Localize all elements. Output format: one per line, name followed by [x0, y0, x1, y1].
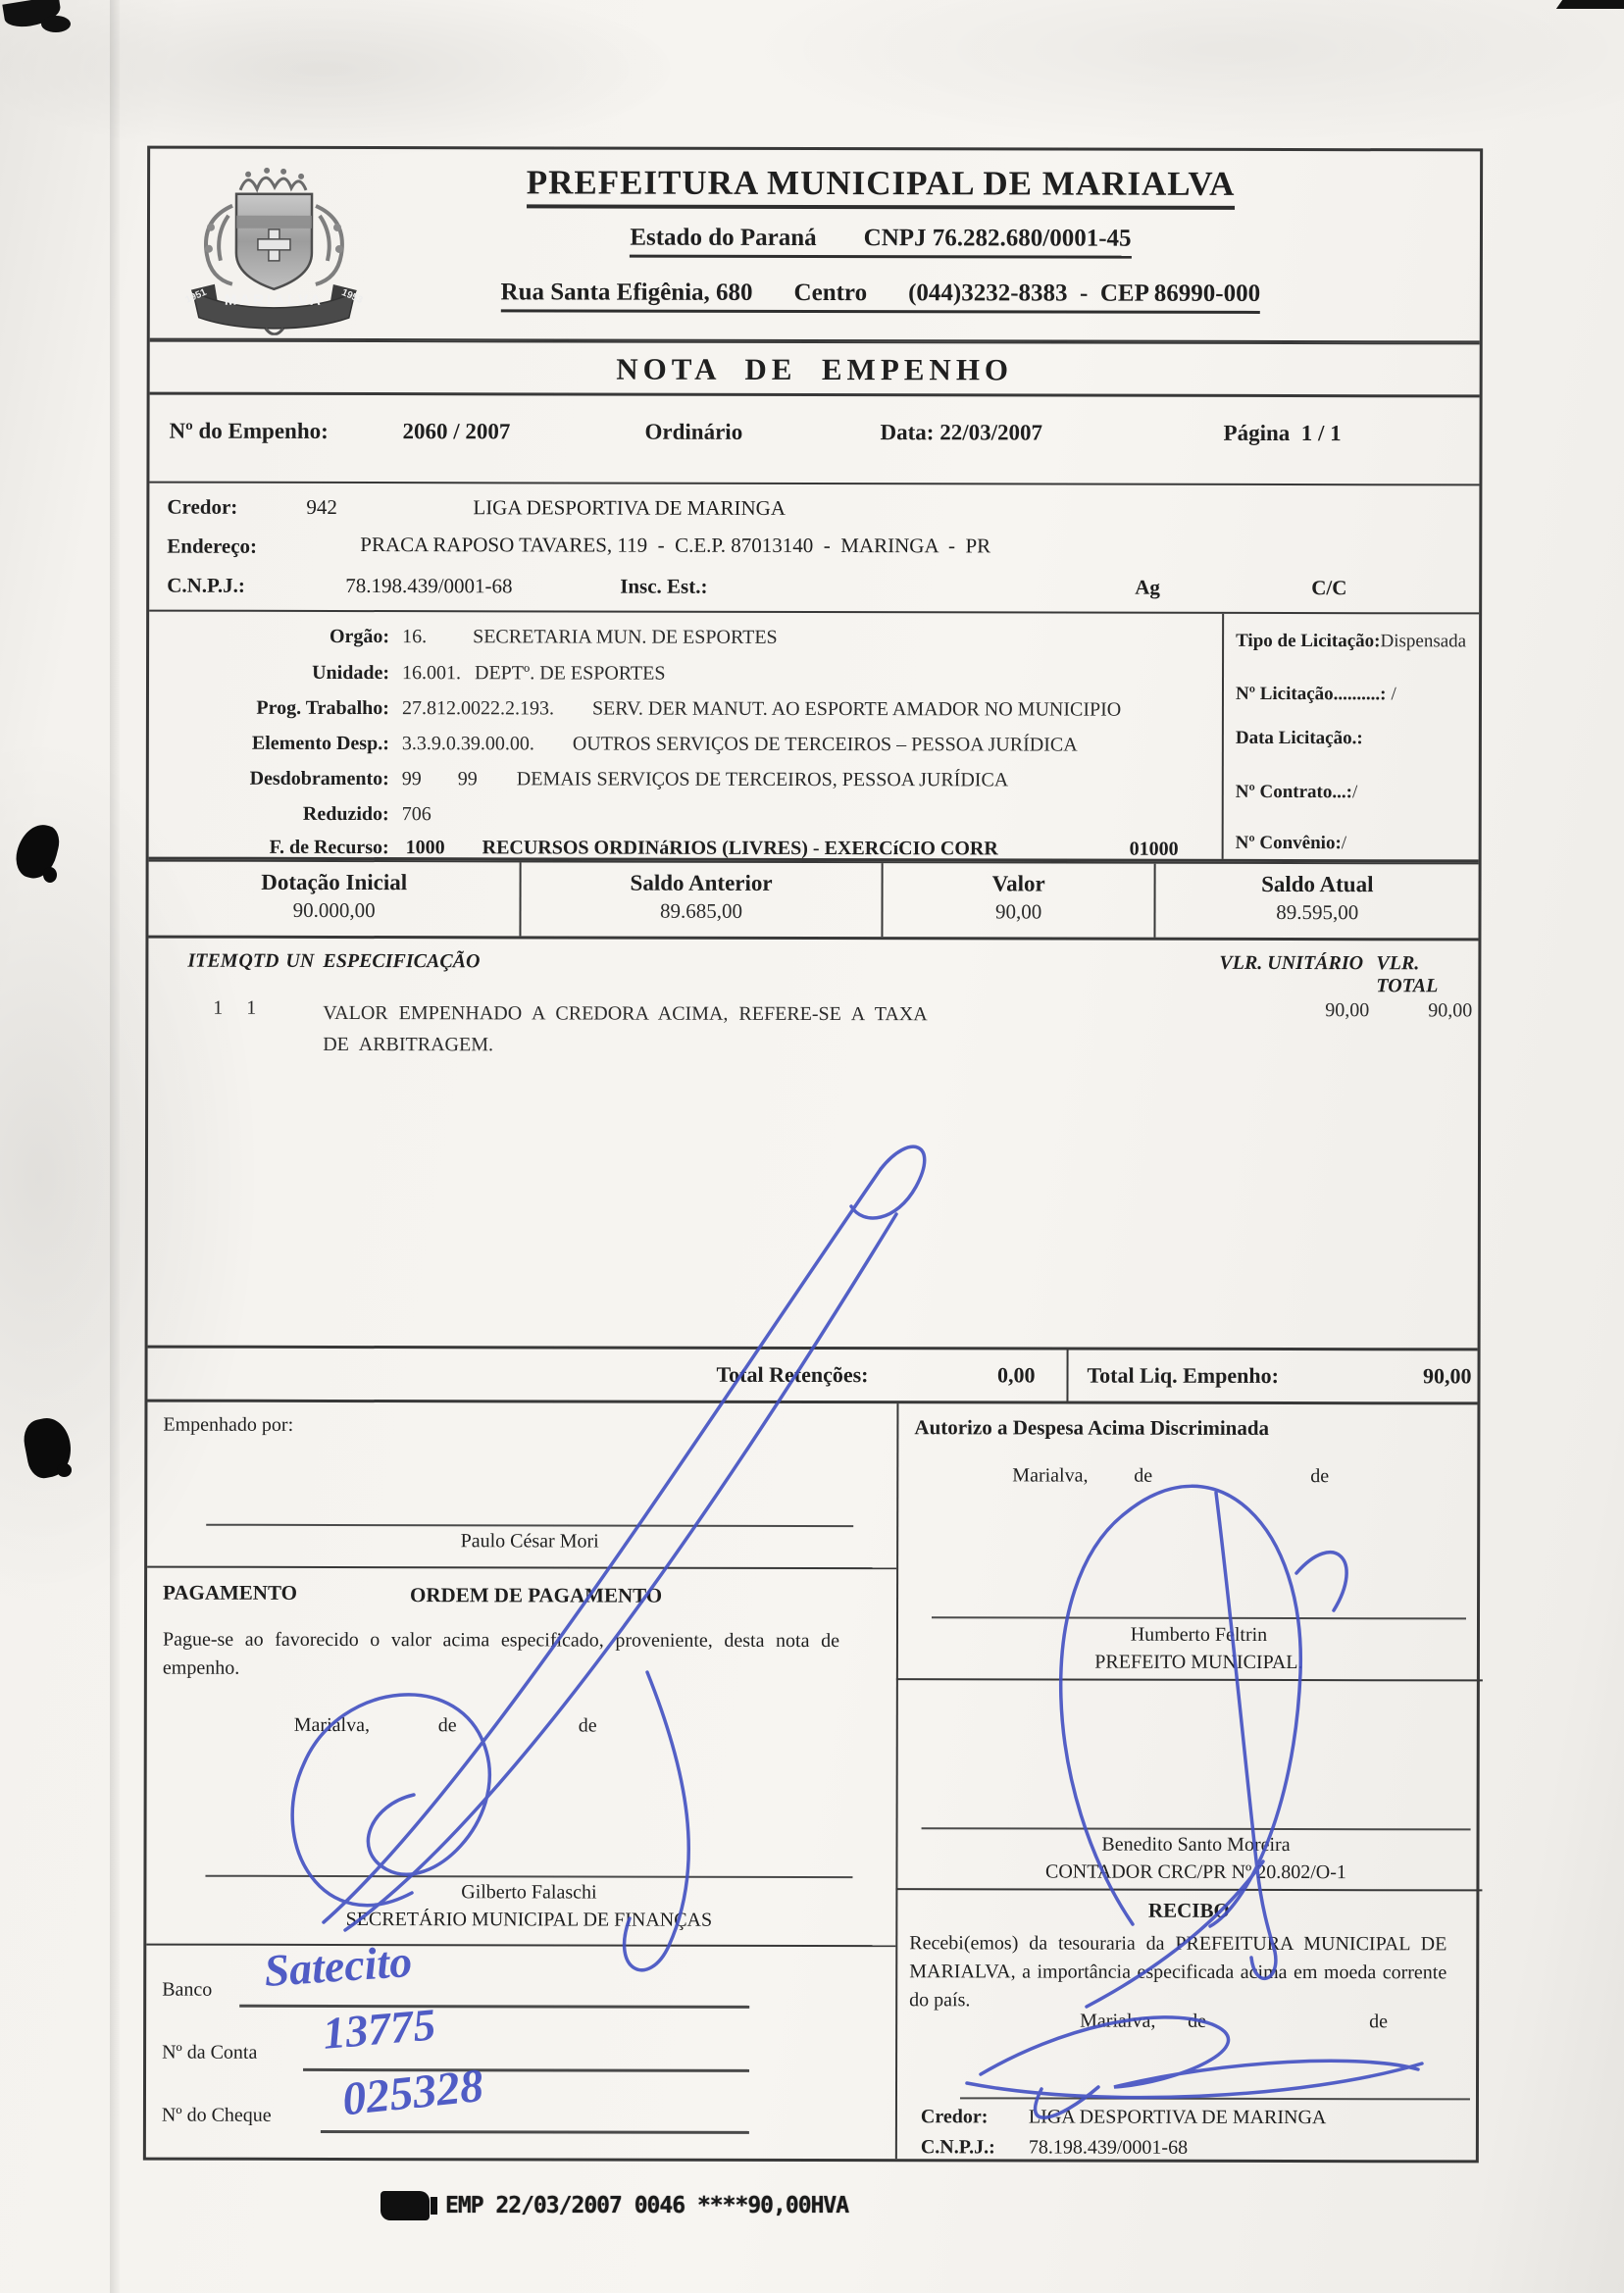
banco-label: Banco	[162, 1979, 212, 2002]
prog-trabalho-line: Prog. Trabalho: 27.812.0022.2.193. SERV.…	[149, 697, 1218, 733]
contador-title: CONTADOR CRC/PR Nº 20.802/O-1	[921, 1860, 1470, 1884]
bank-validation-stamp: EMP 22/03/2007 0046 ****90,00HVA	[381, 2191, 848, 2220]
contador-signature-line	[922, 1827, 1471, 1830]
org-phone-cep: (044)3232-8383 - CEP 86990-000	[908, 280, 1260, 308]
num-contrato-value: /	[1352, 782, 1357, 802]
de-4: de	[1310, 1465, 1329, 1488]
autorizo-heading: Autorizo a Despesa Acima Discriminada	[914, 1415, 1269, 1441]
tipo-licitacao-label: Tipo de Licitação:	[1236, 631, 1380, 651]
credor-name: LIGA DESPORTIVA DE MARINGA	[473, 495, 786, 521]
col-qtd: QTD	[238, 950, 279, 973]
orgao-label: Orgão:	[149, 626, 389, 649]
form-header: MARIALVA 1951 1953 PREFEITURA MUNICIPAL …	[150, 149, 1480, 343]
org-subtitle-line: Estado do Paraná CNPJ 76.282.680/0001-45	[630, 225, 1131, 259]
num-licitacao-label: Nº Licitação..........:	[1236, 684, 1387, 704]
endereco-value: PRACA RAPOSO TAVARES, 119 - C.E.P. 87013…	[360, 533, 990, 558]
num-licitacao-line: Nº Licitação..........: /	[1236, 683, 1396, 705]
unidade-label: Unidade:	[149, 662, 389, 686]
reduzido-label: Reduzido:	[149, 803, 389, 827]
unidade-code: 16.001.	[402, 662, 461, 685]
item-vlr-total: 90,00	[1374, 999, 1472, 1022]
endereco-label: Endereço:	[167, 535, 257, 559]
valor-cell: Valor 90,00	[883, 863, 1156, 938]
org-street: Rua Santa Efigênia, 680	[501, 279, 753, 307]
totals-divider	[1066, 1350, 1068, 1401]
scan-artifact-corner	[1556, 0, 1624, 9]
prog-trabalho-label: Prog. Trabalho:	[149, 697, 389, 721]
document-title: NOTA DE EMPENHO	[616, 352, 1013, 387]
credor-label: Credor:	[167, 495, 237, 520]
num-convenio-value: /	[1342, 833, 1346, 853]
cheque-line	[321, 2130, 749, 2134]
pague-se-text: Pague-se ao favorecido o valor acima esp…	[163, 1626, 839, 1684]
org-district: Centro	[794, 280, 868, 307]
pagamento-heading: PAGAMENTO	[163, 1581, 297, 1605]
prefeito-name: Humberto Feltrin	[932, 1623, 1466, 1647]
de-2: de	[579, 1715, 597, 1738]
item-number: 1	[213, 997, 223, 1020]
contador-name: Benedito Santo Moreira	[922, 1833, 1471, 1857]
ag-label: Ag	[1135, 576, 1160, 600]
ordem-pagamento-heading: ORDEM DE PAGAMENTO	[410, 1583, 662, 1608]
prog-trabalho-code: 27.812.0022.2.193.	[402, 697, 554, 720]
col-especificacao: ESPECIFICAÇÃO	[323, 950, 480, 973]
totals-row: Total Retenções: 0,00 Total Liq. Empenho…	[147, 1349, 1477, 1405]
desdobramento-code2: 99	[458, 768, 478, 790]
cnpj-label: C.N.P.J.:	[167, 574, 245, 598]
ink-blot	[57, 1463, 72, 1477]
empenho-type: Ordinário	[645, 420, 743, 445]
stamp-text: EMP 22/03/2007 0046 ****90,00HVA	[445, 2193, 848, 2218]
paper-fold-edge	[110, 0, 120, 2293]
empenhado-por-label: Empenhado por:	[163, 1414, 293, 1437]
empenho-number-label: Nº do Empenho:	[170, 419, 329, 444]
empenho-date: Data: 22/03/2007	[881, 420, 1043, 445]
left-divider-1	[147, 1566, 896, 1570]
tipo-licitacao-value: Dispensada	[1381, 631, 1467, 651]
city-date-left: Marialva,	[294, 1714, 370, 1737]
recibo-credor-label: Credor:	[921, 2106, 989, 2128]
col-item: ITEM	[187, 950, 237, 973]
column-divider	[895, 1403, 899, 2159]
secretario-title: SECRETÁRIO MUNICIPAL DE FINANÇAS	[205, 1909, 852, 1932]
licitacao-column: Tipo de Licitação:Dispensada Nº Licitaçã…	[1222, 614, 1486, 860]
reduzido-code: 706	[402, 803, 431, 826]
fonte-recurso-desc: RECURSOS ORDINáRIOS (LIVRES) - EXERCíCIO…	[482, 837, 998, 860]
city-date-recibo: Marialva,	[1080, 2011, 1155, 2033]
saldo-atual-cell: Saldo Atual 89.595,00	[1156, 864, 1479, 939]
data-licitacao-label: Data Licitação.:	[1236, 728, 1363, 749]
saldo-atual-value: 89.595,00	[1156, 900, 1479, 926]
cnpj-value: 78.198.439/0001-68	[345, 574, 512, 598]
cheque-label: Nº do Cheque	[162, 2105, 272, 2127]
reduzido-line: Reduzido: 706	[149, 803, 1218, 839]
credor-code: 942	[306, 495, 337, 520]
desdobramento-label: Desdobramento:	[149, 768, 389, 791]
empenho-page: Página 1 / 1	[1224, 421, 1342, 446]
prefeito-title: PREFEITO MUNICIPAL.	[932, 1651, 1466, 1674]
num-licitacao-value: /	[1391, 684, 1396, 704]
city-coat-of-arms: MARIALVA 1951 1953	[164, 159, 384, 335]
city-date-right-1: Marialva,	[1012, 1464, 1088, 1487]
fonte-recurso-num: 01000	[1130, 839, 1179, 861]
dotacao-cell: Dotação Inicial 90.000,00	[148, 862, 521, 937]
saldo-atual-label: Saldo Atual	[1156, 872, 1479, 898]
scan-artifact-corner	[41, 16, 71, 32]
org-title: PREFEITURA MUNICIPAL DE MARIALVA	[527, 163, 1236, 210]
desdobramento-line: Desdobramento: 99 99 DEMAIS SERVIÇOS DE …	[149, 768, 1218, 803]
recibo-cnpj-label: C.N.P.J.:	[921, 2136, 995, 2159]
left-divider-2	[146, 1944, 895, 1948]
secretario-name: Gilberto Falaschi	[205, 1881, 852, 1905]
recibo-credor-name: LIGA DESPORTIVA DE MARINGA	[1029, 2106, 1327, 2129]
saldo-anterior-label: Saldo Anterior	[522, 870, 881, 896]
empenhado-name: Paulo César Mori	[206, 1530, 853, 1554]
empenho-number-row: Nº do Empenho: 2060 / 2007 Ordinário Dat…	[149, 395, 1479, 486]
budget-block: Orgão: 16. SECRETARIA MUN. DE ESPORTES U…	[149, 612, 1480, 863]
right-divider-1	[896, 1678, 1483, 1681]
num-contrato-line: Nº Contrato...:/	[1236, 781, 1358, 803]
elemento-desp-label: Elemento Desp.:	[149, 733, 389, 756]
scanned-document-page: { "colors": { "ink_blue": "#4250c2", "pa…	[0, 0, 1624, 2293]
recibo-signature-line	[960, 2097, 1470, 2100]
de-3: de	[1134, 1465, 1152, 1488]
document-title-bar: NOTA DE EMPENHO	[150, 340, 1480, 398]
elemento-desp-line: Elemento Desp.: 3.3.9.0.39.00.00. OUTROS…	[149, 733, 1218, 768]
prog-trabalho-desc: SERV. DER MANUT. AO ESPORTE AMADOR NO MU…	[592, 698, 1121, 722]
item-qtd: 1	[246, 997, 256, 1020]
num-convenio-line: Nº Convênio:/	[1236, 832, 1346, 854]
ink-blot	[43, 867, 57, 883]
banco-line	[239, 2005, 749, 2009]
org-address-line: Rua Santa Efigênia, 680 Centro (044)3232…	[501, 279, 1261, 314]
cc-label: C/C	[1311, 576, 1346, 600]
recibo-heading: RECIBO	[895, 1898, 1482, 1923]
conta-label: Nº da Conta	[162, 2042, 257, 2064]
bank-logo-mark	[381, 2191, 430, 2220]
total-retencoes-label: Total Retenções:	[589, 1362, 869, 1389]
header-text-block: PREFEITURA MUNICIPAL DE MARIALVA Estado …	[385, 163, 1376, 314]
col-un: UN	[285, 950, 314, 973]
empenhado-signature-line	[206, 1524, 853, 1527]
orgao-desc: SECRETARIA MUN. DE ESPORTES	[473, 626, 778, 649]
de-5: de	[1188, 2011, 1206, 2033]
empenho-number-value: 2060 / 2007	[403, 419, 511, 444]
dotacao-value: 90.000,00	[148, 898, 519, 924]
org-cnpj: CNPJ 76.282.680/0001-45	[864, 225, 1132, 253]
conta-handwritten-value: 13775	[321, 1998, 437, 2060]
elemento-desp-desc: OUTROS SERVIÇOS DE TERCEIROS – PESSOA JU…	[573, 733, 1078, 756]
org-state: Estado do Paraná	[630, 225, 816, 252]
item-especificacao: VALOR EMPENHADO A CREDORA ACIMA, REFERE-…	[323, 997, 931, 1061]
creditor-block: Credor: 942 LIGA DESPORTIVA DE MARINGA E…	[149, 484, 1479, 615]
insc-est-label: Insc. Est.:	[620, 575, 707, 599]
valor-label: Valor	[883, 871, 1154, 897]
num-convenio-label: Nº Convênio:	[1236, 833, 1342, 853]
fonte-recurso-code: 1000	[406, 837, 445, 859]
desdobramento-desc: DEMAIS SERVIÇOS DE TERCEIROS, PESSOA JUR…	[517, 768, 1008, 791]
orgao-line: Orgão: 16. SECRETARIA MUN. DE ESPORTES	[149, 626, 1218, 661]
recibo-cnpj-value: 78.198.439/0001-68	[1029, 2136, 1188, 2159]
tipo-licitacao-line: Tipo de Licitação:Dispensada	[1236, 630, 1466, 652]
valor-value: 90,00	[883, 899, 1154, 925]
saldo-anterior-cell: Saldo Anterior 89.685,00	[522, 862, 884, 937]
signatures-section: Empenhado por: Paulo César Mori PAGAMENT…	[146, 1402, 1478, 2161]
dotacao-label: Dotação Inicial	[149, 870, 520, 896]
saldo-anterior-value: 89.685,00	[522, 898, 881, 924]
col-vlr-total: VLR. TOTAL	[1376, 952, 1478, 997]
orgao-code: 16.	[402, 626, 427, 648]
prefeito-signature-line	[932, 1616, 1466, 1619]
unidade-desc: DEPTº. DE ESPORTES	[475, 662, 666, 685]
de-6: de	[1369, 2011, 1388, 2033]
recibo-text: Recebi(emos) da tesouraria da PREFEITURA…	[909, 1929, 1446, 2015]
banco-handwritten-value: Satecito	[263, 1935, 414, 1997]
items-table: ITEM QTD UN ESPECIFICAÇÃO VLR. UNITÁRIO …	[148, 939, 1479, 1351]
secretario-signature-line	[205, 1875, 852, 1878]
total-liq-value: 90,00	[1364, 1363, 1472, 1389]
de-1: de	[438, 1714, 457, 1737]
col-vlr-unitario: VLR. UNITÁRIO	[1219, 952, 1363, 975]
desdobramento-code1: 99	[402, 768, 422, 790]
fonte-recurso-label: F. de Recurso:	[149, 837, 389, 860]
total-retencoes-value: 0,00	[938, 1362, 1036, 1388]
right-divider-2	[895, 1888, 1482, 1891]
total-liq-label: Total Liq. Empenho:	[1088, 1363, 1279, 1389]
elemento-desp-code: 3.3.9.0.39.00.00.	[402, 733, 534, 755]
item-vlr-unitario: 90,00	[1271, 999, 1369, 1022]
balances-row: Dotação Inicial 90.000,00 Saldo Anterior…	[148, 860, 1478, 942]
num-contrato-label: Nº Contrato...:	[1236, 782, 1352, 802]
unidade-line: Unidade: 16.001. DEPTº. DE ESPORTES	[149, 662, 1218, 697]
nota-de-empenho-form: MARIALVA 1951 1953 PREFEITURA MUNICIPAL …	[143, 146, 1483, 2164]
